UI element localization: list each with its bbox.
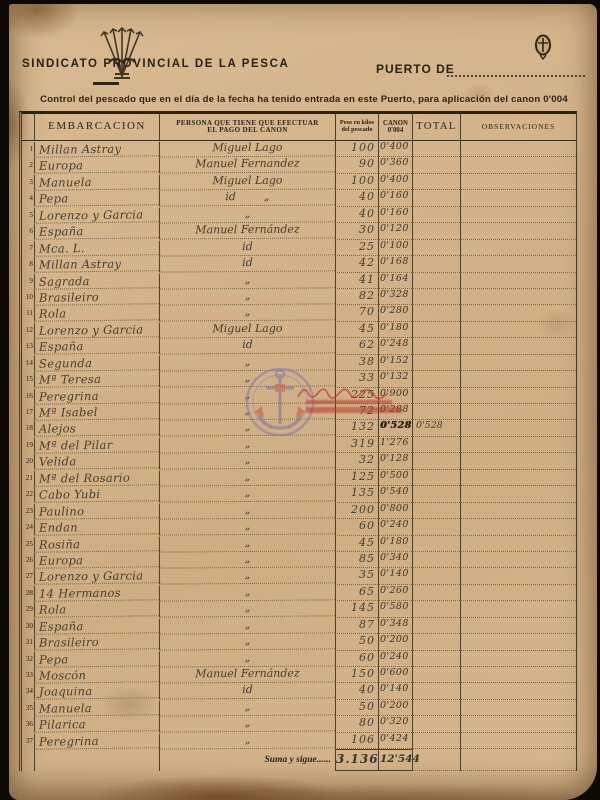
table-row: 8 Millan Astray id 42 0'168 (22, 256, 576, 272)
total-value (412, 486, 460, 502)
row-number: 27 (22, 568, 34, 584)
canon-total-value: 12'544 (378, 749, 412, 771)
row-number: 30 (22, 618, 34, 634)
peso-value: 45 (335, 536, 378, 552)
row-number: 11 (22, 305, 34, 321)
row-number: 14 (22, 355, 34, 371)
table-row: 19 Mª del Pilar „ 319 1'276 (22, 437, 576, 453)
canon-value: 0'400 (378, 141, 412, 157)
table-row: 35 Manuela „ 50 0'200 (22, 700, 576, 716)
observaciones-cell (460, 634, 576, 650)
canon-value: 0'140 (378, 683, 412, 699)
peso-value: 125 (335, 470, 378, 486)
row-number: 20 (22, 453, 34, 469)
observaciones-cell (460, 552, 576, 568)
total-value (412, 338, 460, 354)
table-body: 1 Millan Astray Miguel Lago 100 0'400 2 … (22, 141, 576, 749)
table-row: 26 Europa „ 85 0'340 (22, 552, 576, 568)
total-value (412, 536, 460, 552)
peso-value: 45 (335, 322, 378, 338)
table-row: 32 Pepa „ 60 0'240 (22, 651, 576, 667)
total-value: 0'528 (412, 420, 460, 436)
canon-value: 0'400 (378, 174, 412, 190)
observaciones-cell (460, 322, 576, 338)
embarcacion-value: Mª del Rosario (34, 469, 159, 487)
row-number: 1 (22, 141, 34, 157)
persona-value: „ (159, 502, 335, 520)
stamp-text-line (306, 407, 402, 413)
persona-value: id (159, 338, 335, 356)
table-row: 25 Rosiña „ 45 0'180 (22, 536, 576, 552)
persona-value: „ (159, 584, 335, 602)
peso-value: 60 (335, 651, 378, 667)
row-number: 26 (22, 552, 34, 568)
embarcacion-value: Brasileiro (34, 633, 159, 651)
embarcacion-value: Endan (34, 518, 159, 536)
table-row: 34 Joaquina id 40 0'140 (22, 683, 576, 699)
table-row: 18 Alejos „ 132 0'528 0'528 (22, 420, 576, 436)
observaciones-cell (460, 371, 576, 387)
canon-value: 0'200 (378, 634, 412, 650)
peso-value: 106 (335, 733, 378, 749)
canon-value: 0'248 (378, 338, 412, 354)
persona-value: id (159, 255, 335, 273)
persona-value: „ (159, 486, 335, 504)
observaciones-cell (460, 174, 576, 190)
embarcacion-value: Rola (34, 600, 159, 618)
observaciones-cell (460, 486, 576, 502)
canon-value: 0'580 (378, 601, 412, 617)
persona-value: „ (159, 699, 335, 717)
embarcacion-value: Mª Teresa (34, 370, 159, 388)
footer-spacer (34, 749, 159, 771)
table-row: 23 Paulino „ 200 0'800 (22, 503, 576, 519)
observaciones-cell (460, 716, 576, 732)
embarcacion-value: Velida (34, 453, 159, 471)
canon-value: 0'140 (378, 568, 412, 584)
observaciones-cell (460, 388, 576, 404)
table-row: 13 España id 62 0'248 (22, 338, 576, 354)
total-value (412, 568, 460, 584)
observaciones-cell (460, 503, 576, 519)
row-number: 36 (22, 716, 34, 732)
table-row: 2 Europa Manuel Fernandez 90 0'360 (22, 157, 576, 173)
table-row: 4 Pepa id „ 40 0'160 (22, 190, 576, 206)
total-value (412, 503, 460, 519)
observaciones-cell (460, 305, 576, 321)
total-value (412, 716, 460, 732)
persona-value: „ (159, 272, 335, 290)
persona-value: „ (159, 617, 335, 635)
puerto-de-label: PUERTO DE (376, 62, 455, 76)
row-number: 24 (22, 519, 34, 535)
peso-value: 87 (335, 618, 378, 634)
total-value (412, 404, 460, 420)
canon-value: 0'240 (378, 651, 412, 667)
embarcacion-value: Lorenzo y Garcia (34, 568, 159, 586)
canon-value: 0'360 (378, 157, 412, 173)
peso-value: 62 (335, 338, 378, 354)
total-value (412, 322, 460, 338)
row-number: 6 (22, 223, 34, 239)
scanned-ledger-page: SINDICATO PROVINCIAL DE LA PESCA PUERTO … (0, 0, 600, 800)
table-row: 28 14 Hermanos „ 65 0'260 (22, 585, 576, 601)
suma-y-sigue-label: Suma y sigue...... (159, 749, 335, 771)
observaciones-cell (460, 700, 576, 716)
row-number: 12 (22, 322, 34, 338)
observaciones-cell (460, 683, 576, 699)
peso-value: 35 (335, 568, 378, 584)
total-value (412, 700, 460, 716)
canon-value: 0'280 (378, 305, 412, 321)
row-number: 19 (22, 437, 34, 453)
observaciones-cell (460, 190, 576, 206)
peso-value: 100 (335, 141, 378, 157)
table-row: 29 Rola „ 145 0'580 (22, 601, 576, 617)
embarcacion-value: Millan Astray (34, 255, 159, 273)
embarcacion-value: España (34, 617, 159, 635)
persona-value: Miguel Lago (159, 173, 335, 191)
total-value (412, 174, 460, 190)
persona-value: „ (159, 634, 335, 652)
peso-value: 150 (335, 667, 378, 683)
row-number: 4 (22, 190, 34, 206)
table-row: 37 Peregrina „ 106 0'424 (22, 733, 576, 749)
embarcacion-value: Pepa (34, 190, 159, 208)
total-value (412, 305, 460, 321)
total-value (412, 240, 460, 256)
canon-value: 0'800 (378, 503, 412, 519)
observaciones-cell (460, 568, 576, 584)
table-row: 27 Lorenzo y Garcia „ 35 0'140 (22, 568, 576, 584)
header-total: TOTAL (412, 114, 460, 140)
persona-value: id (159, 239, 335, 257)
canon-value: 0'600 (378, 667, 412, 683)
table-row: 12 Lorenzo y Garcia Miguel Lago 45 0'180 (22, 322, 576, 338)
table-row: 22 Cabo Yubi „ 135 0'540 (22, 486, 576, 502)
embarcacion-value: Joaquina (34, 683, 159, 701)
observaciones-cell (460, 420, 576, 436)
peso-value: 90 (335, 157, 378, 173)
persona-value: „ (159, 568, 335, 586)
header-peso: Peso en kilosdel pescado (335, 114, 378, 140)
embarcacion-value: Lorenzo y Garcia (34, 206, 159, 224)
peso-value: 85 (335, 552, 378, 568)
canon-value: 0'540 (378, 486, 412, 502)
row-number: 16 (22, 388, 34, 404)
total-value (412, 651, 460, 667)
peso-value: 200 (335, 503, 378, 519)
peso-value: 135 (335, 486, 378, 502)
persona-value: „ (159, 469, 335, 487)
table-row: 14 Segunda „ 38 0'152 (22, 355, 576, 371)
persona-value: „ (159, 453, 335, 471)
canon-value: 0'160 (378, 207, 412, 223)
observaciones-cell (460, 601, 576, 617)
observaciones-cell (460, 289, 576, 305)
observaciones-cell (460, 157, 576, 173)
canon-value: 0'180 (378, 322, 412, 338)
total-value (412, 618, 460, 634)
observaciones-cell (460, 453, 576, 469)
canon-value: 0'500 (378, 470, 412, 486)
canon-value: 0'528 (378, 420, 412, 436)
table-row: 9 Sagrada „ 41 0'164 (22, 273, 576, 289)
embarcacion-value: Peregrina (34, 387, 159, 405)
peso-value: 42 (335, 256, 378, 272)
canon-value: 1'276 (378, 437, 412, 453)
row-number: 17 (22, 404, 34, 420)
persona-value: „ (159, 305, 335, 323)
embarcacion-value: Manuela (34, 699, 159, 717)
row-number: 10 (22, 289, 34, 305)
document-title: Control del pescado que en el día de la … (24, 94, 584, 105)
peso-value: 40 (335, 207, 378, 223)
red-signature (296, 383, 396, 403)
observaciones-cell (460, 667, 576, 683)
persona-value: „ (159, 732, 335, 750)
header-embarcacion: EMBARCACION (34, 114, 159, 140)
row-number: 15 (22, 371, 34, 387)
peso-value: 40 (335, 683, 378, 699)
observaciones-cell (460, 536, 576, 552)
embarcacion-value: España (34, 222, 159, 240)
embarcacion-value: Brasileiro (34, 288, 159, 306)
persona-value: „ (159, 535, 335, 553)
footer-total-blank (412, 749, 460, 771)
total-value (412, 437, 460, 453)
row-number: 28 (22, 585, 34, 601)
peso-value: 319 (335, 437, 378, 453)
table-footer-row: Suma y sigue...... 3.136 12'544 (22, 749, 576, 771)
persona-value: Manuel Fernandez (159, 157, 335, 175)
observaciones-cell (460, 223, 576, 239)
canon-value: 0'260 (378, 585, 412, 601)
embarcacion-value: Pepa (34, 650, 159, 668)
canon-value: 0'320 (378, 716, 412, 732)
embarcacion-value: Mª del Pilar (34, 436, 159, 454)
embarcacion-value: 14 Hermanos (34, 584, 159, 602)
embarcacion-value: Lorenzo y Garcia (34, 321, 159, 339)
embarcacion-value: Mca. L. (34, 239, 159, 257)
table-row: 3 Manuela Miguel Lago 100 0'400 (22, 174, 576, 190)
observaciones-cell (460, 338, 576, 354)
canon-value: 0'240 (378, 519, 412, 535)
puerto-fill-in-line (447, 74, 585, 77)
persona-value: id (159, 683, 335, 701)
canon-value: 0'348 (378, 618, 412, 634)
total-value (412, 470, 460, 486)
persona-value: „ (159, 420, 335, 438)
canon-value: 0'128 (378, 453, 412, 469)
header-rownum-spacer (22, 114, 34, 140)
row-number: 37 (22, 733, 34, 749)
peso-value: 25 (335, 240, 378, 256)
row-number: 21 (22, 470, 34, 486)
observaciones-cell (460, 437, 576, 453)
total-value (412, 289, 460, 305)
canon-value: 0'152 (378, 355, 412, 371)
total-value (412, 733, 460, 749)
total-value (412, 519, 460, 535)
table-row: 30 España „ 87 0'348 (22, 618, 576, 634)
observaciones-cell (460, 141, 576, 157)
total-value (412, 355, 460, 371)
table-row: 1 Millan Astray Miguel Lago 100 0'400 (22, 141, 576, 157)
table-row: 21 Mª del Rosario „ 125 0'500 (22, 470, 576, 486)
org-underline (93, 82, 119, 85)
canon-value: 0'200 (378, 700, 412, 716)
embarcacion-value: Sagrada (34, 272, 159, 290)
total-value (412, 667, 460, 683)
total-value (412, 190, 460, 206)
row-number: 5 (22, 207, 34, 223)
embarcacion-value: Cabo Yubi (34, 485, 159, 503)
row-number: 8 (22, 256, 34, 272)
row-number: 34 (22, 683, 34, 699)
row-number: 22 (22, 486, 34, 502)
persona-value: „ (159, 716, 335, 734)
embarcacion-value: Alejos (34, 420, 159, 438)
observaciones-cell (460, 355, 576, 371)
canon-value: 0'164 (378, 273, 412, 289)
peso-value: 65 (335, 585, 378, 601)
row-number: 18 (22, 420, 34, 436)
total-value (412, 388, 460, 404)
footer-observaciones-blank (460, 749, 576, 771)
embarcacion-value: Europa (34, 551, 159, 569)
embarcacion-value: Rosiña (34, 535, 159, 553)
embarcacion-value: Pilarica (34, 716, 159, 734)
table-row: 10 Brasileiro „ 82 0'328 (22, 289, 576, 305)
canon-value: 0'100 (378, 240, 412, 256)
peso-value: 32 (335, 453, 378, 469)
footer-spacer (22, 749, 34, 771)
table-row: 36 Pilarica „ 80 0'320 (22, 716, 576, 732)
table-row: 20 Velida „ 32 0'128 (22, 453, 576, 469)
row-number: 32 (22, 651, 34, 667)
embarcacion-value: Manuela (34, 173, 159, 191)
observaciones-cell (460, 256, 576, 272)
peso-value: 50 (335, 700, 378, 716)
persona-value: „ (159, 518, 335, 536)
row-number: 33 (22, 667, 34, 683)
row-number: 9 (22, 273, 34, 289)
persona-value: Miguel Lago (159, 321, 335, 339)
row-number: 31 (22, 634, 34, 650)
row-number: 7 (22, 240, 34, 256)
observaciones-cell (460, 733, 576, 749)
embarcacion-value: Rola (34, 305, 159, 323)
persona-value: „ (159, 601, 335, 619)
table-row: 24 Endan „ 60 0'240 (22, 519, 576, 535)
table-header-row: EMBARCACION PERSONA QUE TIENE QUE EFECTU… (22, 114, 576, 141)
persona-value: „ (159, 354, 335, 372)
persona-value: „ (159, 436, 335, 454)
table-row: 31 Brasileiro „ 50 0'200 (22, 634, 576, 650)
peso-value: 100 (335, 174, 378, 190)
row-number: 23 (22, 503, 34, 519)
table-row: 33 Moscón Manuel Fernández 150 0'600 (22, 667, 576, 683)
peso-value: 40 (335, 190, 378, 206)
canon-value: 0'160 (378, 190, 412, 206)
persona-value: Manuel Fernández (159, 666, 335, 684)
org-name: SINDICATO PROVINCIAL DE LA PESCA (22, 58, 289, 71)
peso-value: 132 (335, 420, 378, 436)
table-row: 5 Lorenzo y Garcia „ 40 0'160 (22, 207, 576, 223)
observaciones-cell (460, 618, 576, 634)
peso-value: 82 (335, 289, 378, 305)
peso-total-value: 3.136 (335, 749, 378, 771)
observaciones-cell (460, 651, 576, 667)
total-value (412, 157, 460, 173)
observaciones-cell (460, 404, 576, 420)
peso-value: 50 (335, 634, 378, 650)
observaciones-cell (460, 273, 576, 289)
total-value (412, 601, 460, 617)
total-value (412, 273, 460, 289)
canon-value: 0'328 (378, 289, 412, 305)
oval-seal-icon (534, 34, 552, 60)
embarcacion-value: Peregrina (34, 732, 159, 750)
canon-value: 0'168 (378, 256, 412, 272)
total-value (412, 207, 460, 223)
persona-value: Miguel Lago (159, 140, 335, 158)
total-value (412, 371, 460, 387)
canon-value: 0'120 (378, 223, 412, 239)
total-value (412, 453, 460, 469)
row-number: 25 (22, 536, 34, 552)
observaciones-cell (460, 207, 576, 223)
control-table: EMBARCACION PERSONA QUE TIENE QUE EFECTU… (19, 111, 577, 771)
peso-value: 30 (335, 223, 378, 239)
total-value (412, 585, 460, 601)
row-number: 29 (22, 601, 34, 617)
row-number: 2 (22, 157, 34, 173)
embarcacion-value: Paulino (34, 502, 159, 520)
table-row: 11 Rola „ 70 0'280 (22, 305, 576, 321)
persona-value: Manuel Fernández (159, 223, 335, 241)
peso-value: 38 (335, 355, 378, 371)
observaciones-cell (460, 240, 576, 256)
total-value (412, 683, 460, 699)
total-value (412, 141, 460, 157)
observaciones-cell (460, 585, 576, 601)
embarcacion-value: Segunda (34, 354, 159, 372)
row-number: 13 (22, 338, 34, 354)
peso-value: 41 (335, 273, 378, 289)
header-observaciones: OBSERVACIONES (460, 114, 576, 140)
observaciones-cell (460, 519, 576, 535)
peso-value: 145 (335, 601, 378, 617)
table-row: 17 Mª Isabel „ 72 0'288 (22, 404, 576, 420)
peso-value: 60 (335, 519, 378, 535)
canon-value: 0'180 (378, 536, 412, 552)
embarcacion-value: España (34, 337, 159, 355)
header-persona: PERSONA QUE TIENE QUE EFECTUAREL PAGO DE… (159, 114, 335, 140)
table-row: 6 España Manuel Fernández 30 0'120 (22, 223, 576, 239)
canon-value: 0'424 (378, 733, 412, 749)
embarcacion-value: Europa (34, 157, 159, 175)
total-value (412, 256, 460, 272)
total-value (412, 552, 460, 568)
row-number: 3 (22, 174, 34, 190)
persona-value: „ (159, 551, 335, 569)
persona-value: „ (159, 288, 335, 306)
canon-value: 0'340 (378, 552, 412, 568)
total-value (412, 634, 460, 650)
persona-value: id „ (159, 190, 335, 208)
